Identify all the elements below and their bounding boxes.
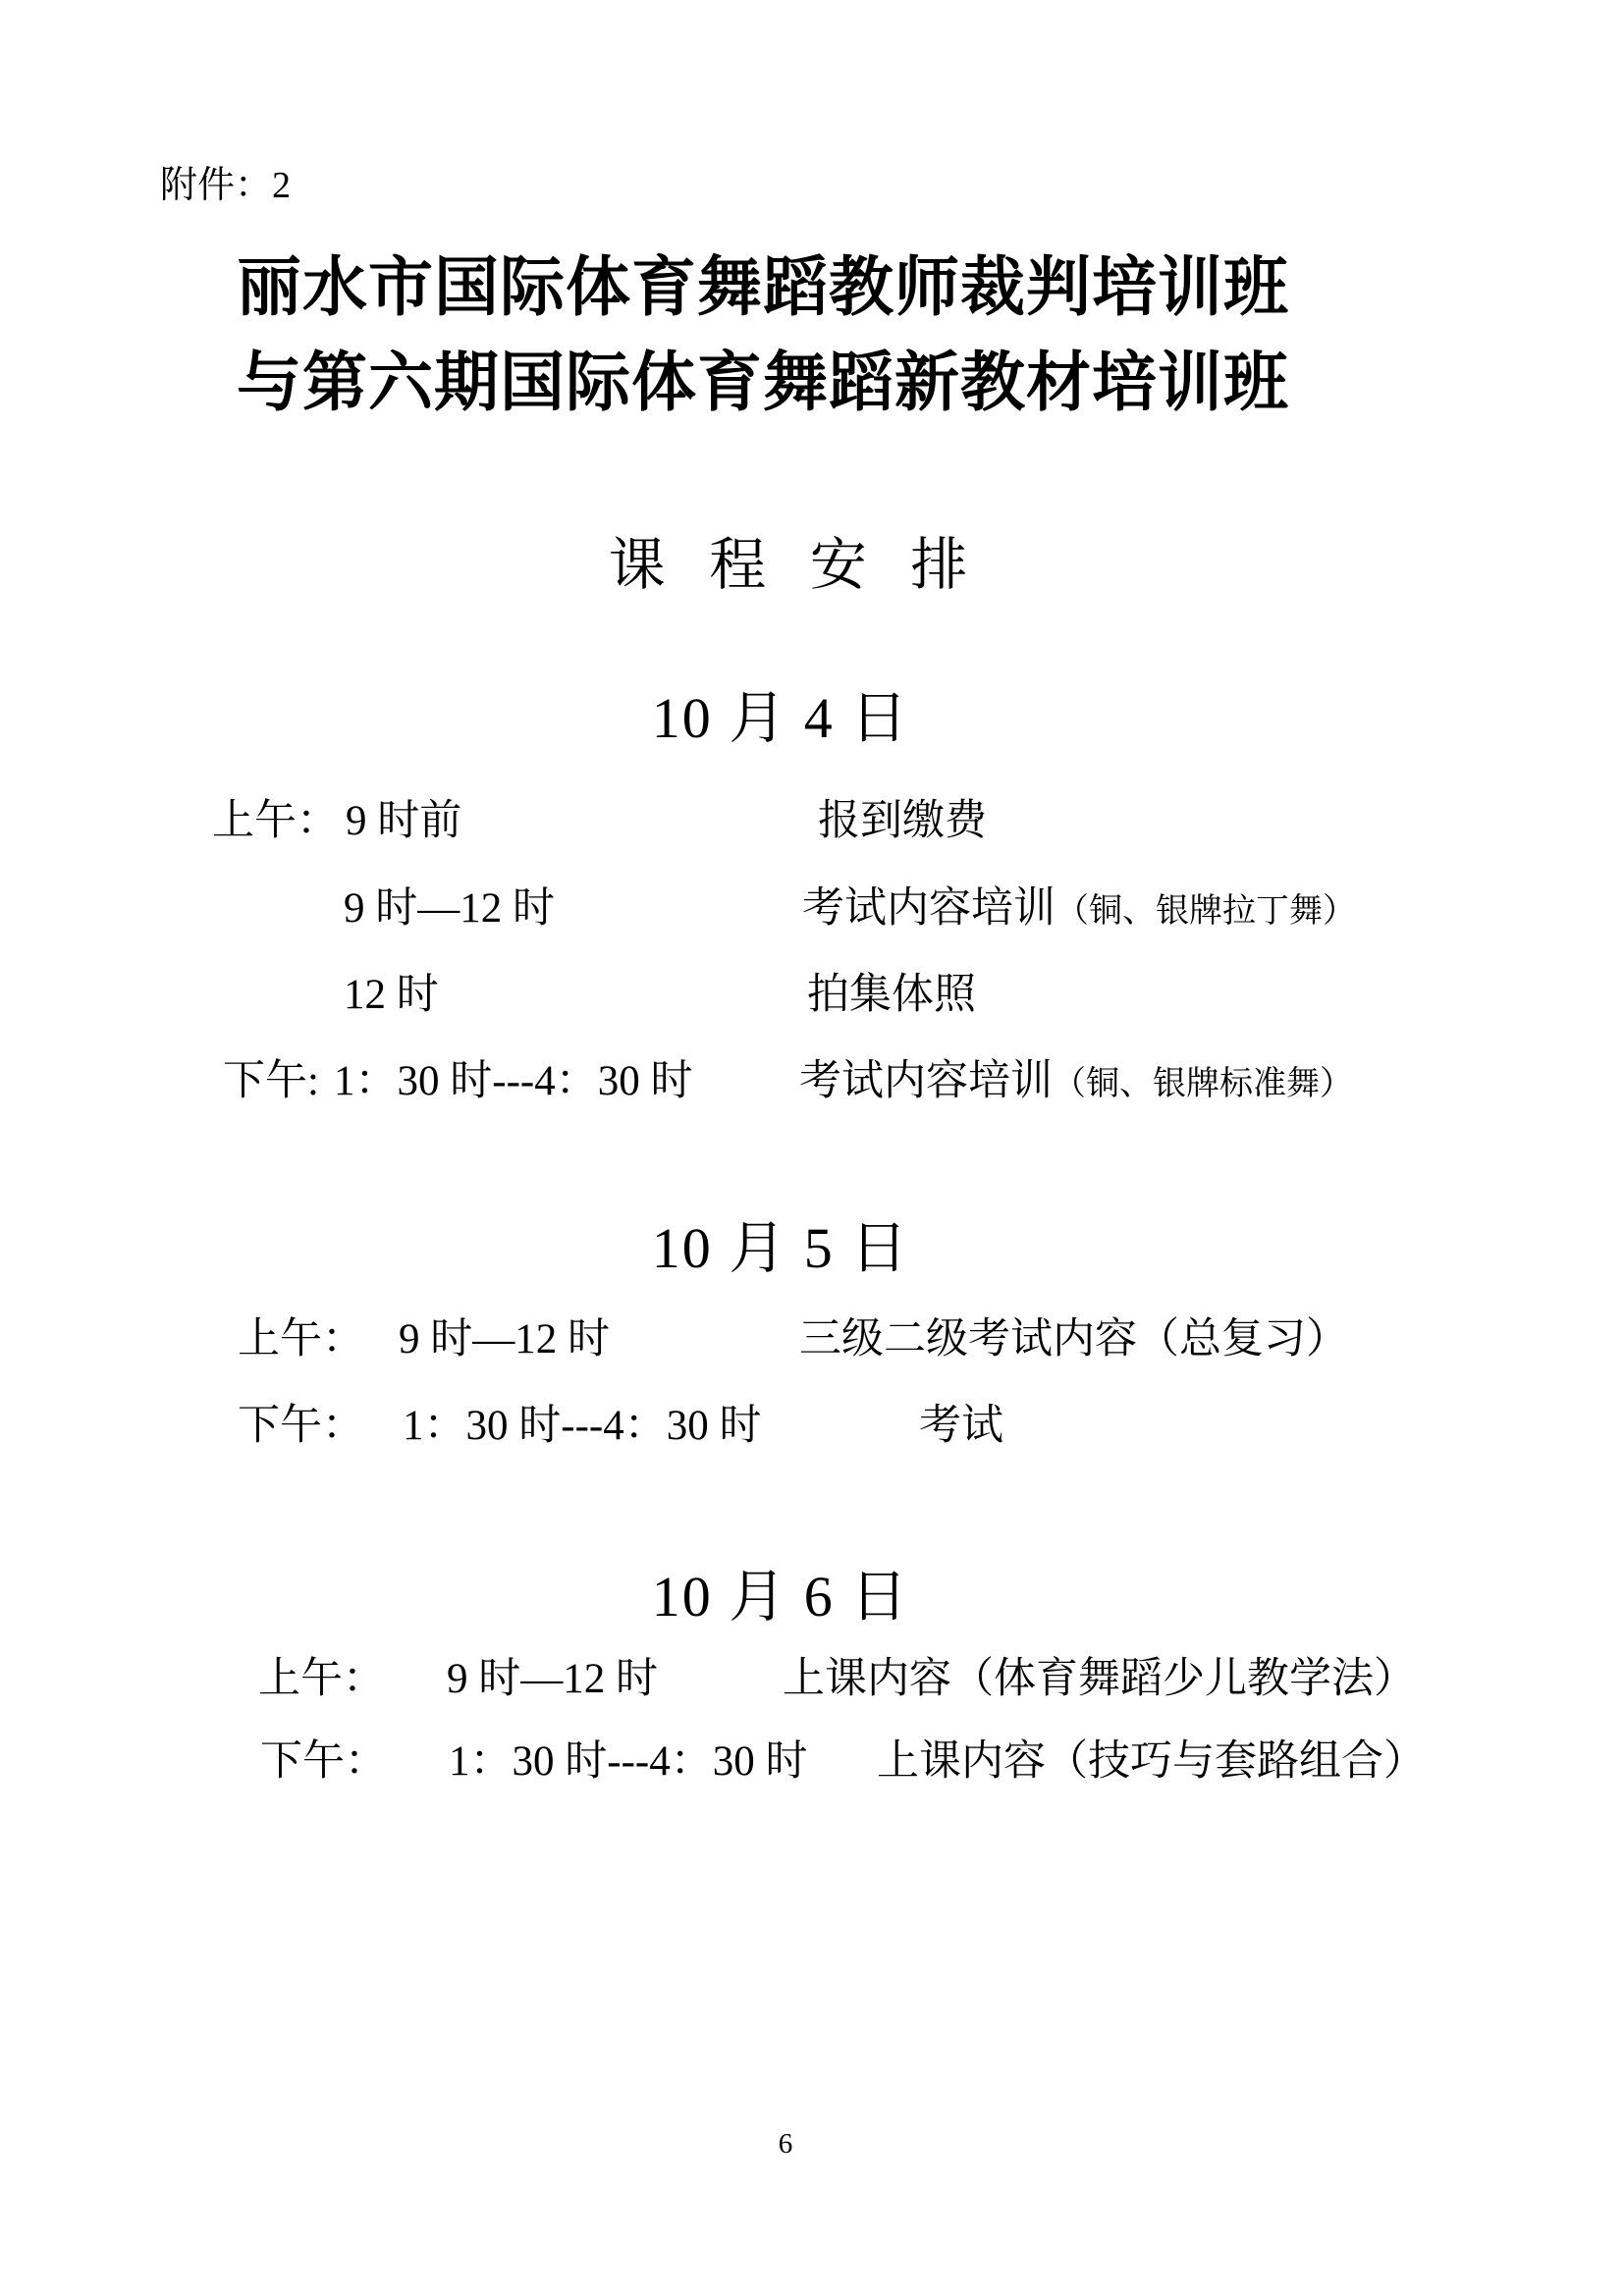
row-time: 9 时—12 时 (399, 1315, 610, 1363)
row-activity-note: （铜、银牌标准舞） (1053, 1066, 1353, 1102)
row-time: 9 时—12 时 (447, 1655, 658, 1703)
row-activity-text: 考试内容培训 (799, 1058, 1053, 1104)
row-period-label: 上午： (238, 1315, 364, 1363)
schedule-row: 上午： 9 时—12 时 三级二级考试内容（总复习） (0, 1315, 1624, 1374)
row-activity-text: 考试内容培训 (802, 885, 1056, 932)
row-time: 1：30 时---4：30 时 (334, 1057, 692, 1105)
row-activity: 上课内容（技巧与套路组合） (877, 1737, 1426, 1786)
page-number: 6 (756, 2128, 815, 2161)
row-period-label: 上午： (258, 1655, 385, 1703)
date-heading: 10 月 4 日 (0, 686, 1561, 752)
document-title-line1: 丽水市国际体育舞蹈教师裁判培训班 (27, 250, 1499, 325)
row-period-label: 下午: (223, 1057, 319, 1105)
date-heading: 10 月 5 日 (0, 1216, 1561, 1282)
row-period-label: 下午： (238, 1402, 364, 1450)
row-time: 12 时 (344, 971, 439, 1019)
row-activity: 考试 (919, 1402, 1003, 1450)
row-activity-note: （铜、银牌拉丁舞） (1056, 893, 1356, 930)
row-time: 1：30 时---4：30 时 (403, 1402, 761, 1450)
row-activity: 拍集体照 (807, 971, 976, 1019)
row-period-label: 下午： (260, 1737, 387, 1786)
schedule-row: 上午： 9 时—12 时 上课内容（体育舞蹈少儿教学法） (0, 1655, 1624, 1714)
row-activity: 三级二级考试内容（总复习） (799, 1315, 1348, 1363)
date-heading: 10 月 6 日 (0, 1565, 1561, 1630)
schedule-row: 12 时 拍集体照 (0, 971, 1624, 1030)
row-time: 9 时—12 时 (344, 884, 555, 933)
row-activity: 报到缴费 (818, 797, 987, 845)
schedule-row: 9 时—12 时 考试内容培训（铜、银牌拉丁舞） (0, 884, 1624, 943)
schedule-row: 下午: 1：30 时---4：30 时 考试内容培训（铜、银牌标准舞） (0, 1057, 1624, 1116)
row-activity: 上课内容（体育舞蹈少儿教学法） (783, 1655, 1416, 1703)
schedule-row: 下午： 1：30 时---4：30 时 考试 (0, 1402, 1624, 1461)
document-title-line2: 与第六期国际体育舞蹈新教材培训班 (27, 346, 1499, 420)
document-page: 附件：2 丽水市国际体育舞蹈教师裁判培训班 与第六期国际体育舞蹈新教材培训班 课… (0, 0, 1624, 2296)
row-time: 1：30 时---4：30 时 (449, 1737, 807, 1786)
row-time: 9 时前 (346, 797, 461, 845)
row-activity: 考试内容培训（铜、银牌标准舞） (799, 1057, 1353, 1105)
schedule-row: 上午： 9 时前 报到缴费 (0, 797, 1624, 856)
attachment-label: 附件：2 (160, 165, 291, 208)
row-period-label: 上午： (212, 797, 339, 845)
subtitle-course-schedule: 课 程 安 排 (0, 533, 1591, 599)
schedule-row: 下午： 1：30 时---4：30 时 上课内容（技巧与套路组合） (0, 1737, 1624, 1796)
row-activity: 考试内容培训（铜、银牌拉丁舞） (802, 884, 1356, 933)
